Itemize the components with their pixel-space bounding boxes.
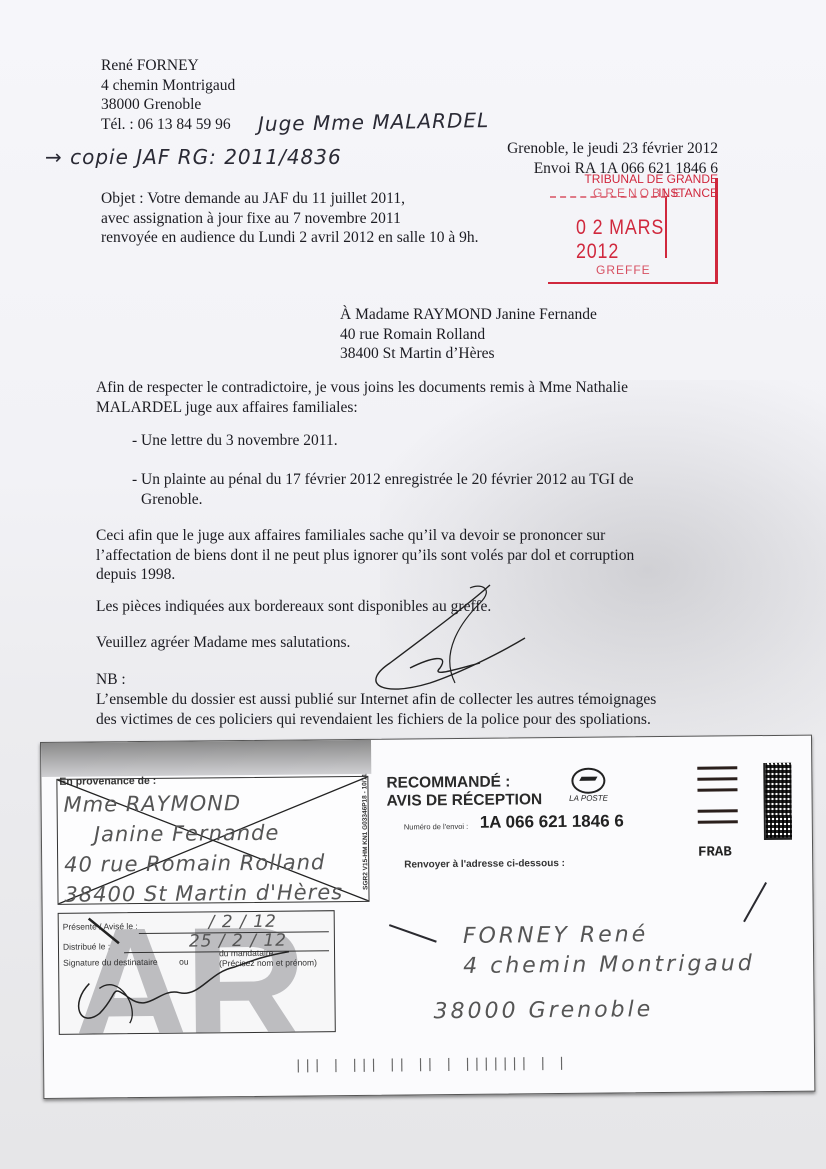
from-handwritten-address: Mme RAYMOND Janine Fernande 40 rue Romai…	[63, 787, 343, 910]
delivery-signature-box: AR Présenté / Avisé le : / 2 / 12 Distri…	[58, 910, 336, 1035]
nb-paragraph: L’ensemble du dossier est aussi publié s…	[96, 690, 776, 729]
list-item-text: - Une lettre du 3 novembre 2011.	[132, 431, 712, 451]
list-item-text: - Un plainte au pénal du 17 février 2012…	[132, 470, 712, 490]
sender-origin-box: En provenance de : Mme RAYMOND Janine Fe…	[56, 776, 369, 905]
sender-block: René FORNEY 4 chemin Montrigaud 38000 Gr…	[101, 56, 235, 134]
from-hand-line: Mme RAYMOND	[63, 787, 342, 820]
stamp-date: 0 2 MARS 2012	[576, 216, 697, 264]
avis-de-reception-card: En provenance de : Mme RAYMOND Janine Fe…	[40, 735, 815, 1099]
intro-line-2: MALARDEL juge aux affaires familiales:	[96, 398, 736, 418]
return-hand-line-2: 4 chemin Montrigaud	[463, 951, 755, 979]
sender-phone: Tél. : 06 13 84 59 96	[101, 115, 235, 135]
postal-barcode: ||| | ||| || || | ||||||| | |	[294, 1056, 567, 1075]
country-code: FRAB	[698, 844, 732, 860]
hand-stroke	[389, 924, 437, 943]
intro-line-1: Afin de respecter le contradictoire, je …	[96, 378, 736, 398]
card-title-line-2: AVIS DE RÉCEPTION	[387, 791, 543, 810]
sender-name: René FORNEY	[101, 56, 235, 76]
subject-block: Objet : Votre demande au JAF du 11 juill…	[101, 189, 478, 248]
signature-icon	[350, 583, 530, 693]
recipient-name: À Madame RAYMOND Janine Fernande	[340, 305, 597, 325]
subject-line-2: avec assignation à jour fixe au 7 novemb…	[101, 209, 478, 229]
intro-paragraph: Afin de respecter le contradictoire, je …	[96, 378, 736, 417]
sender-city: 38000 Grenoble	[101, 95, 235, 115]
recipient-city: 38400 St Martin d’Hères	[340, 344, 597, 364]
recipient-street: 40 rue Romain Rolland	[340, 325, 597, 345]
purpose-paragraph: Ceci afin que le juge aux affaires famil…	[96, 526, 736, 585]
purpose-line-2: l’affectation de biens dont il ne peut p…	[96, 546, 736, 566]
la-poste-bird-icon	[571, 768, 605, 794]
from-hand-line: Janine Fernande	[64, 817, 343, 850]
tracking-number: 1A 066 621 1846 6	[480, 811, 624, 832]
la-poste-logo: LA POSTE	[561, 767, 615, 803]
court-received-stamp: TRIBUNAL DE GRANDE INSTANCE GRENOBLE 0 2…	[538, 172, 718, 284]
handwritten-copy-note: → copie JAF RG: 2011/4836	[45, 145, 342, 169]
stamp-city: GRENOBLE	[593, 186, 684, 200]
recipient-block: À Madame RAYMOND Janine Fernande 40 rue …	[340, 305, 597, 364]
return-address-label: Renvoyer à l'adresse ci-dessous :	[404, 858, 565, 871]
sender-street: 4 chemin Montrigaud	[101, 76, 235, 96]
form-reference-code: SGR2 V15-HM KN1 G03346P18 - 10/11	[361, 774, 369, 890]
datamatrix-code-icon	[763, 763, 792, 840]
list-item: - Un plainte au pénal du 17 février 2012…	[132, 470, 712, 509]
handwritten-judge-note: Juge Mme MALARDEL	[258, 108, 490, 136]
subject-line-1: Objet : Votre demande au JAF du 11 juill…	[101, 189, 478, 209]
hand-stroke	[743, 882, 767, 922]
from-hand-line: 40 rue Romain Rolland	[64, 847, 343, 880]
return-hand-line-3: 38000 Grenoble	[433, 997, 653, 1024]
purpose-line-1: Ceci afin que le juge aux affaires famil…	[96, 526, 736, 546]
recipient-signature-icon	[59, 911, 335, 1034]
list-item-text: Grenoble.	[132, 490, 712, 510]
card-top-strip	[41, 740, 371, 777]
nb-line-2: des victimes de ces policiers qui revend…	[96, 710, 776, 730]
letter-date: Grenoble, le jeudi 23 février 2012	[507, 139, 718, 159]
card-title: RECOMMANDÉ : AVIS DE RÉCEPTION	[386, 773, 542, 810]
brand-name: LA POSTE	[562, 793, 616, 803]
subject-line-3: renvoyée en audience du Lundi 2 avril 20…	[101, 228, 478, 248]
card-title-line-1: RECOMMANDÉ :	[386, 773, 542, 792]
tracking-number-label: Numéro de l'envoi :	[404, 822, 468, 832]
from-hand-line: 38400 St Martin d'Hères	[64, 877, 343, 910]
sorting-bars-icon	[697, 766, 738, 831]
list-item: - Une lettre du 3 novembre 2011.	[132, 431, 712, 451]
stamp-office: GREFFE	[596, 263, 651, 277]
purpose-line-3: depuis 1998.	[96, 565, 736, 585]
return-hand-line-1: FORNEY René	[463, 922, 649, 949]
